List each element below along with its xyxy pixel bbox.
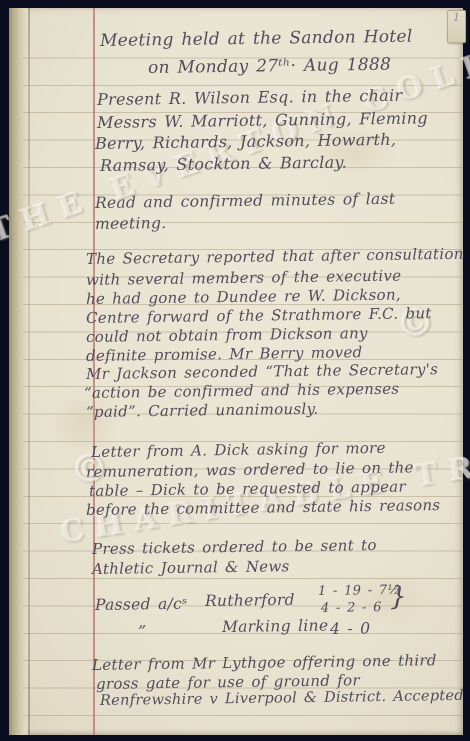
manuscript-line: Press tickets ordered to be sent to	[92, 536, 377, 558]
manuscript-line: 4 - 2 - 6	[321, 600, 382, 616]
manuscript-line: „	[138, 612, 147, 631]
manuscript-text: Meeting held at the Sandon Hotelon Monda…	[0, 0, 470, 741]
manuscript-line: Centre forward of the Strathmore F.C. bu…	[86, 304, 432, 327]
manuscript-line: Letter from Mr Lythgoe offering one thir…	[92, 651, 437, 674]
manuscript-line: Ramsay, Stockton & Barclay.	[100, 153, 347, 175]
manuscript-line: Berry, Richards, Jackson, Howarth,	[95, 130, 397, 153]
manuscript-line: 4 - 0	[330, 619, 371, 638]
manuscript-line: on Monday 27ᵗʰ· Aug 1888	[148, 55, 391, 78]
manuscript-line: Athletic Journal & News	[92, 557, 290, 578]
manuscript-line: 1 - 19 - 7½	[318, 583, 401, 599]
manuscript-line: meeting.	[95, 214, 167, 233]
manuscript-line: Rutherford	[205, 591, 295, 610]
manuscript-line: Marking line	[222, 617, 329, 636]
manuscript-line: “action be confirmed and his expenses	[84, 380, 400, 402]
manuscript-line: Meeting held at the Sandon Hotel	[100, 27, 413, 51]
manuscript-line: Present R. Wilson Esq. in the chair	[97, 86, 403, 109]
manuscript-line: Messrs W. Marriott, Gunning, Fleming	[97, 108, 428, 132]
manuscript-line: “paid”. Carried unanimously.	[86, 400, 319, 421]
manuscript-line: before the committee and state his reaso…	[86, 496, 441, 519]
manuscript-line: }	[390, 582, 407, 612]
photo-background: THE EVERTON COLLECTION CHARITABLE TRUST …	[0, 0, 470, 741]
manuscript-line: Read and confirmed minutes of last	[95, 190, 396, 212]
manuscript-line: The Secretary reported that after consul…	[86, 245, 464, 268]
manuscript-line: Letter from A. Dick asking for more	[91, 439, 386, 461]
